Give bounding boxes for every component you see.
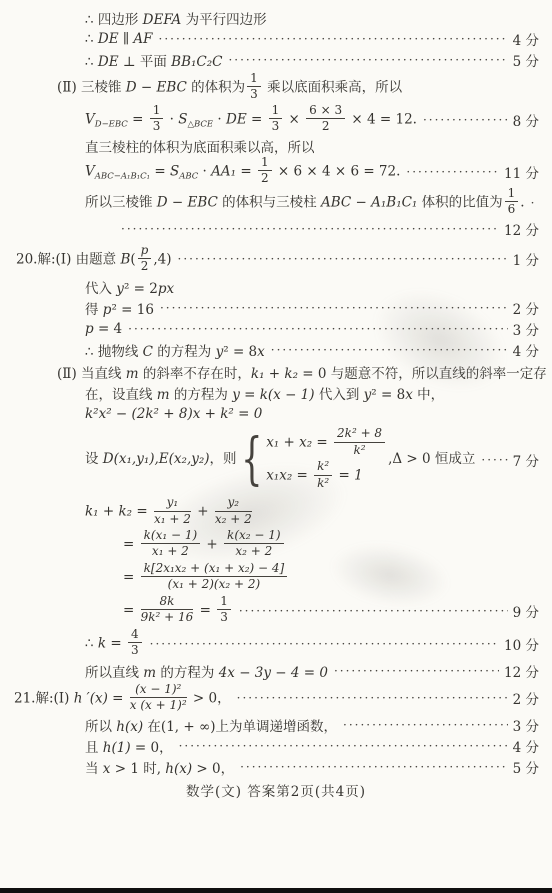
line-content: p = 4 xyxy=(85,321,122,337)
math-run: AF xyxy=(133,31,152,47)
numerator: 1 xyxy=(150,104,164,119)
numerator: 6 × 3 xyxy=(306,104,345,119)
text-run: × xyxy=(284,111,304,127)
text-run: = xyxy=(128,111,148,127)
solution-line: = k[2x₁x₂ + (x₁ + x₂) − 4](x₁ + 2)(x₂ + … xyxy=(0,563,552,593)
math-run: BB₁C₂C xyxy=(171,54,222,70)
line-content: ∴ DE ⊥ 平面 BB₁C₂C xyxy=(85,50,222,70)
math-run: DE xyxy=(98,54,119,70)
solution-line: (Ⅱ) 当直线 m 的斜率不存在时，k₁ + k₂ = 0 与题意不符，所以直线… xyxy=(0,362,552,382)
dotted-leader: ········································… xyxy=(240,760,508,774)
text-run: 且 xyxy=(85,740,103,756)
text-run: ⊥ 平面 xyxy=(119,54,172,70)
text-run: ² = 2 xyxy=(124,281,158,297)
text-run: · xyxy=(198,163,211,179)
text-run: ,4) xyxy=(153,251,171,267)
math-run: m xyxy=(126,366,139,382)
solution-line: ········································… xyxy=(0,219,552,239)
dotted-leader: ········································… xyxy=(531,196,534,210)
math-run: ABC − A₁B₁C₁ xyxy=(321,194,417,210)
line-content: 21.解:(Ⅰ) h ′(x) = (x − 1)²x (x + 1)² > 0… xyxy=(14,684,231,714)
math-run: B xyxy=(120,251,130,267)
text-run: 20.解:(Ⅰ) 由题意 xyxy=(16,251,120,267)
line-content: ∴ 四边形 DEFA 为平行四边形 xyxy=(85,8,267,28)
text-run: 当 xyxy=(85,761,103,777)
denominator: 9k² + 16 xyxy=(141,610,194,624)
line-content: 直三棱柱的体积为底面积乘以高，所以 xyxy=(85,136,315,156)
math-run: k²x² − (2k² + 8)x + k² = 0 xyxy=(85,406,262,422)
denominator: 3 xyxy=(128,643,142,657)
denominator: (x₁ + 2)(x₂ + 2) xyxy=(141,577,288,591)
math-run: C xyxy=(143,344,153,360)
dotted-leader: ········································… xyxy=(271,343,508,357)
solution-line: 所以 h(x) 在(1, + ∞)上为单调递增函数，··············… xyxy=(0,715,552,735)
line-content: k²x² − (2k² + 8)x + k² = 0 xyxy=(85,406,262,422)
dotted-leader: ········································… xyxy=(159,32,508,46)
solution-line: ∴ k = 43································… xyxy=(0,629,552,659)
math-run: h(x) xyxy=(165,761,192,777)
system-row: x₁x₂ = k²k² = 1 xyxy=(266,461,363,491)
text-run: ∴ 抛物线 xyxy=(85,344,143,360)
fraction: y₂x₂ + 2 xyxy=(215,496,252,526)
math-run: px xyxy=(158,281,174,297)
text-run: × 6 × 4 × 6 = 72. xyxy=(274,163,401,179)
text-run: = 0 与题意不符，所以直线的斜率一定存 xyxy=(298,366,547,382)
score-label: 3 分 xyxy=(513,319,539,339)
line-content: k₁ + k₂ = y₁x₁ + 2 + y₂x₂ + 2 xyxy=(85,497,254,527)
line-content: ∴ DE ∥ AF xyxy=(85,31,153,47)
text-run: 的体积与三棱柱 xyxy=(218,194,321,210)
line-content: 所以 h(x) 在(1, + ∞)上为单调递增函数， xyxy=(85,715,337,735)
equation-system: {x₁ + x₂ = 2k² + 8k²x₁x₂ = k²k² = 1 xyxy=(238,428,388,491)
fraction: 13 xyxy=(150,104,164,134)
text-run: 的方程为 xyxy=(170,387,233,403)
score-label: 9 分 xyxy=(513,601,539,621)
text-run: = xyxy=(195,602,215,618)
solution-line: 所以三棱锥 D − EBC 的体积与三棱柱 ABC − A₁B₁C₁ 体积的比值… xyxy=(0,188,552,218)
line-content: 得 p² = 16 xyxy=(85,298,154,318)
math-run: 4x − 3y − 4 = 0 xyxy=(219,665,328,681)
line-content: 设 D(x₁,y₁),E(x₂,y₂)，则{x₁ + x₂ = 2k² + 8k… xyxy=(85,428,475,491)
solution-line: 直三棱柱的体积为底面积乘以高，所以 xyxy=(0,136,552,156)
text-run: 在，设直线 xyxy=(85,387,157,403)
subscript: △BCE xyxy=(187,119,213,129)
fraction: 12 xyxy=(258,156,272,186)
text-run: > 0， xyxy=(189,690,231,706)
dotted-leader: ········································… xyxy=(406,165,499,179)
text-run: (Ⅱ) 当直线 xyxy=(57,366,126,382)
math-run: V xyxy=(85,111,95,127)
dotted-leader: ········································… xyxy=(334,664,499,678)
text-run: · xyxy=(213,111,226,127)
solution-line: ∴ DE ∥ AF·······························… xyxy=(0,29,552,49)
solution-line: 21.解:(Ⅰ) h ′(x) = (x − 1)²x (x + 1)² > 0… xyxy=(0,684,552,714)
numerator: (x − 1)² xyxy=(130,683,187,698)
math-run: m xyxy=(143,665,156,681)
dotted-leader: ········································… xyxy=(150,637,499,651)
dotted-leader: ········································… xyxy=(178,252,508,266)
text-run: 在(1, + ∞)上为单调递增函数， xyxy=(143,719,337,735)
denominator: 3 xyxy=(269,119,283,133)
solution-line: = 8k9k² + 16 = 13·······················… xyxy=(0,596,552,626)
numerator: k[2x₁x₂ + (x₁ + x₂) − 4] xyxy=(141,562,288,577)
score-label: 8 分 xyxy=(513,110,539,130)
score-label: 2 分 xyxy=(513,298,539,318)
denominator: 2 xyxy=(306,119,345,133)
text-run: ² = 8 xyxy=(371,387,405,403)
text-run: 的斜率不存在时， xyxy=(139,366,251,382)
text-run: ,Δ > 0 恒成立 xyxy=(388,451,475,467)
text-run: × 4 = 12. xyxy=(347,111,417,127)
math-run: x₁ + x₂ = xyxy=(266,435,332,451)
text-run: + xyxy=(202,536,222,552)
text-run: = xyxy=(132,504,152,520)
fraction: k²k² xyxy=(314,460,332,490)
text-run: 的方程为 xyxy=(153,344,216,360)
math-run: DE xyxy=(98,31,119,47)
numerator: k² xyxy=(314,460,332,475)
math-run: V xyxy=(85,163,95,179)
fraction: 16 xyxy=(505,187,519,217)
dotted-leader: ········································… xyxy=(179,739,508,753)
numerator: p xyxy=(138,244,152,259)
score-label: 7 分 xyxy=(513,450,539,470)
text-run: 体积的比值为 xyxy=(417,194,502,210)
text-run: 得 xyxy=(85,302,103,318)
solution-line: 代入 y² = 2px xyxy=(0,277,552,297)
numerator: y₁ xyxy=(154,496,191,511)
text-run: ，则 xyxy=(210,451,237,467)
denominator: k² xyxy=(334,443,385,457)
math-run: h(1) xyxy=(103,740,131,756)
text-run: = xyxy=(108,690,128,706)
solution-line: 且 h(1) = 0，·····························… xyxy=(0,736,552,756)
math-run: x₁x₂ = xyxy=(266,468,312,484)
line-content: (Ⅱ) 当直线 m 的斜率不存在时，k₁ + k₂ = 0 与题意不符，所以直线… xyxy=(57,362,547,382)
dotted-leader: ········································… xyxy=(237,691,508,705)
score-label: 2 分 xyxy=(513,688,539,708)
solution-line: ∴ 抛物线 C 的方程为 y² = 8x····················… xyxy=(0,340,552,360)
page-footer: 数学(文) 答案第2页(共4页) xyxy=(0,780,552,800)
dotted-leader: ········································… xyxy=(121,222,499,236)
fraction: 13 xyxy=(217,595,231,625)
line-content: VABC−A₁B₁C₁ = SABC · AA₁ = 12 × 6 × 4 × … xyxy=(85,157,400,187)
numerator: 2k² + 8 xyxy=(334,427,385,442)
line-content: ∴ 抛物线 C 的方程为 y² = 8x xyxy=(85,340,265,360)
text-run: 所以 xyxy=(85,719,116,735)
score-label: 12 分 xyxy=(504,661,539,681)
dotted-leader: ········································… xyxy=(128,322,507,336)
score-label: 10 分 xyxy=(504,634,539,654)
text-run: = xyxy=(123,569,139,585)
math-run: DE xyxy=(226,111,247,127)
numerator: y₂ xyxy=(215,496,252,511)
denominator: 3 xyxy=(150,119,164,133)
score-label: 3 分 xyxy=(513,715,539,735)
line-content: 20.解:(Ⅰ) 由题意 B(p2,4) xyxy=(16,245,172,275)
text-run: > 1 时, xyxy=(110,761,165,777)
text-run: 设 xyxy=(85,451,103,467)
score-label: 4 分 xyxy=(513,29,539,49)
numerator: 1 xyxy=(505,187,519,202)
text-run: > 0， xyxy=(192,761,234,777)
text-run: 代入 xyxy=(85,281,116,297)
score-label: 4 分 xyxy=(513,736,539,756)
line-content: (Ⅱ) 三棱锥 D − EBC 的体积为13 乘以底面积乘高，所以 xyxy=(57,73,402,103)
math-run: D − EBC xyxy=(157,194,218,210)
score-label: 4 分 xyxy=(513,340,539,360)
solution-line: 所以直线 m 的方程为 4x − 3y − 4 = 0·············… xyxy=(0,661,552,681)
dotted-leader: ········································… xyxy=(239,604,508,618)
fraction: k[2x₁x₂ + (x₁ + x₂) − 4](x₁ + 2)(x₂ + 2) xyxy=(141,562,288,592)
subscript: ABC−A₁B₁C₁ xyxy=(95,171,150,181)
text-run: 直三棱柱的体积为底面积乘以高，所以 xyxy=(85,140,315,156)
math-run: D(x₁,y₁),E(x₂,y₂) xyxy=(103,451,210,467)
fraction: y₁x₁ + 2 xyxy=(154,496,191,526)
dotted-leader: ········································… xyxy=(343,718,508,732)
score-label: 1 分 xyxy=(513,249,539,269)
text-run: ( xyxy=(130,251,135,267)
text-run: ∥ xyxy=(119,31,134,47)
solution-lines: ∴ 四边形 DEFA 为平行四边形∴ DE ∥ AF··············… xyxy=(0,0,552,777)
solution-line: 20.解:(Ⅰ) 由题意 B(p2,4)····················… xyxy=(0,245,552,275)
text-run: = xyxy=(247,111,267,127)
fraction: 2k² + 8k² xyxy=(334,427,385,457)
numerator: 1 xyxy=(217,595,231,610)
denominator: x₁ + 2 xyxy=(141,544,201,558)
text-run: 所以三棱锥 xyxy=(85,194,157,210)
fraction: 8k9k² + 16 xyxy=(141,595,194,625)
math-run: DEFA xyxy=(143,12,182,28)
numerator: 8k xyxy=(141,595,194,610)
math-run: k₁ + k₂ xyxy=(251,366,298,382)
fraction: 13 xyxy=(247,72,261,102)
solution-line: k₁ + k₂ = y₁x₁ + 2 + y₂x₂ + 2 xyxy=(0,497,552,527)
text-run: (Ⅱ) 三棱锥 xyxy=(57,79,126,95)
math-run: k xyxy=(98,635,106,651)
solution-line: = k(x₁ − 1)x₁ + 2 + k(x₂ − 1)x₂ + 2 xyxy=(0,530,552,560)
denominator: 2 xyxy=(138,259,152,273)
math-run: D − EBC xyxy=(126,79,187,95)
math-run: p xyxy=(85,321,94,337)
solution-line: 得 p² = 16 ······························… xyxy=(0,298,552,318)
math-run: S xyxy=(170,163,179,179)
fraction: 6 × 32 xyxy=(306,104,345,134)
text-run: 的方程为 xyxy=(156,665,219,681)
denominator: x₂ + 2 xyxy=(215,512,252,526)
numerator: 1 xyxy=(269,104,283,119)
numerator: 1 xyxy=(247,72,261,87)
text-run: ² = 8 xyxy=(223,344,257,360)
denominator: 2 xyxy=(258,171,272,185)
text-run: + xyxy=(193,504,213,520)
line-content: 代入 y² = 2px xyxy=(85,277,174,297)
line-content: 所以三棱锥 D − EBC 的体积与三棱柱 ABC − A₁B₁C₁ 体积的比值… xyxy=(85,188,525,218)
text-run: 21.解:(Ⅰ) xyxy=(14,690,74,706)
fraction: p2 xyxy=(138,244,152,274)
text-run: = xyxy=(123,602,139,618)
math-run: m xyxy=(157,387,170,403)
denominator: x (x + 1)² xyxy=(130,698,187,712)
line-content: = k[2x₁x₂ + (x₁ + x₂) − 4](x₁ + 2)(x₂ + … xyxy=(123,563,289,593)
fraction: k(x₁ − 1)x₁ + 2 xyxy=(141,529,201,559)
line-content: ∴ k = 43 xyxy=(85,629,144,659)
text-run: = xyxy=(106,635,126,651)
numerator: k(x₁ − 1) xyxy=(141,529,201,544)
text-run: ∴ 四边形 xyxy=(85,12,143,28)
denominator: 3 xyxy=(247,87,261,101)
line-content: VD−EBC = 13 · S△BCE · DE = 13 × 6 × 32 ×… xyxy=(85,105,417,135)
dotted-leader: ········································… xyxy=(481,453,507,467)
line-content: = 8k9k² + 16 = 13 xyxy=(123,596,233,626)
scanned-answer-page: ∴ 四边形 DEFA 为平行四边形∴ DE ∥ AF··············… xyxy=(0,0,552,893)
math-run: h(x) xyxy=(116,719,143,735)
math-run: AA₁ xyxy=(211,163,236,179)
line-content: 所以直线 m 的方程为 4x − 3y − 4 = 0 xyxy=(85,661,328,681)
denominator: 3 xyxy=(217,610,231,624)
score-label: 5 分 xyxy=(513,757,539,777)
score-label: 11 分 xyxy=(504,162,539,182)
fraction: 13 xyxy=(269,104,283,134)
text-run: ² = 16 xyxy=(111,302,153,318)
text-run: ∴ xyxy=(85,31,98,47)
denominator: 6 xyxy=(505,202,519,216)
text-run: = xyxy=(150,163,170,179)
solution-line: (Ⅱ) 三棱锥 D − EBC 的体积为13 乘以底面积乘高，所以 xyxy=(0,73,552,103)
numerator: 1 xyxy=(258,156,272,171)
subscript: ABC xyxy=(179,171,198,181)
solution-line: k²x² − (2k² + 8)x + k² = 0 xyxy=(0,404,552,424)
text-run: 乘以底面积乘高，所以 xyxy=(263,79,402,95)
line-content: = k(x₁ − 1)x₁ + 2 + k(x₂ − 1)x₂ + 2 xyxy=(123,530,286,560)
text-run: ∴ xyxy=(85,54,98,70)
denominator: x₁ + 2 xyxy=(154,512,191,526)
math-run: x xyxy=(405,387,413,403)
solution-line: VABC−A₁B₁C₁ = SABC · AA₁ = 12 × 6 × 4 × … xyxy=(0,157,552,187)
solution-line: 在，设直线 m 的方程为 y = k(x − 1) 代入到 y² = 8x 中， xyxy=(0,383,552,403)
math-run: = 1 xyxy=(334,468,362,484)
system-row: x₁ + x₂ = 2k² + 8k² xyxy=(266,428,387,458)
score-label: 5 分 xyxy=(513,50,539,70)
line-content: 当 x > 1 时, h(x) > 0， xyxy=(85,757,234,777)
fraction: (x − 1)²x (x + 1)² xyxy=(130,683,187,713)
text-run: 的体积为 xyxy=(187,79,245,95)
line-content: 在，设直线 m 的方程为 y = k(x − 1) 代入到 y² = 8x 中， xyxy=(85,383,444,403)
text-run: 所以直线 xyxy=(85,665,143,681)
solution-line: ∴ DE ⊥ 平面 BB₁C₂C························… xyxy=(0,50,552,70)
numerator: 4 xyxy=(128,628,142,643)
solution-line: 设 D(x₁,y₁),E(x₂,y₂)，则{x₁ + x₂ = 2k² + 8k… xyxy=(0,428,552,491)
text-run: = xyxy=(236,163,256,179)
math-run: x xyxy=(257,344,265,360)
text-run: · xyxy=(165,111,178,127)
text-run: 为平行四边形 xyxy=(181,12,266,28)
system-rows: x₁ + x₂ = 2k² + 8k²x₁x₂ = k²k² = 1 xyxy=(266,428,387,491)
dotted-leader: ········································… xyxy=(228,53,507,67)
solution-line: VD−EBC = 13 · S△BCE · DE = 13 × 6 × 32 ×… xyxy=(0,105,552,135)
text-run: . xyxy=(520,194,524,210)
score-label: 12 分 xyxy=(504,219,539,239)
solution-line: p = 4 ··································… xyxy=(0,319,552,339)
line-content: 且 h(1) = 0， xyxy=(85,736,173,756)
math-run: y = k(x − 1) xyxy=(232,387,314,403)
text-run: = 4 xyxy=(94,321,122,337)
fraction: 43 xyxy=(128,628,142,658)
bottom-rule xyxy=(0,888,552,893)
dotted-leader: ········································… xyxy=(160,301,508,315)
numerator: k(x₂ − 1) xyxy=(224,529,284,544)
solution-line: ∴ 四边形 DEFA 为平行四边形 xyxy=(0,8,552,28)
solution-line: 当 x > 1 时, h(x) > 0，····················… xyxy=(0,757,552,777)
text-run: 中， xyxy=(413,387,444,403)
dotted-leader: ········································… xyxy=(423,113,508,127)
math-run: y xyxy=(116,281,124,297)
fraction: k(x₂ − 1)x₂ + 2 xyxy=(224,529,284,559)
text-run: 代入到 xyxy=(315,387,364,403)
subscript: D−EBC xyxy=(95,119,128,129)
denominator: x₂ + 2 xyxy=(224,544,284,558)
denominator: k² xyxy=(314,476,332,490)
math-run: k₁ + k₂ xyxy=(85,504,132,520)
text-run: = 0， xyxy=(131,740,173,756)
math-run: h ′(x) xyxy=(74,690,108,706)
text-run: ∴ xyxy=(85,635,98,651)
text-run: = xyxy=(123,536,139,552)
